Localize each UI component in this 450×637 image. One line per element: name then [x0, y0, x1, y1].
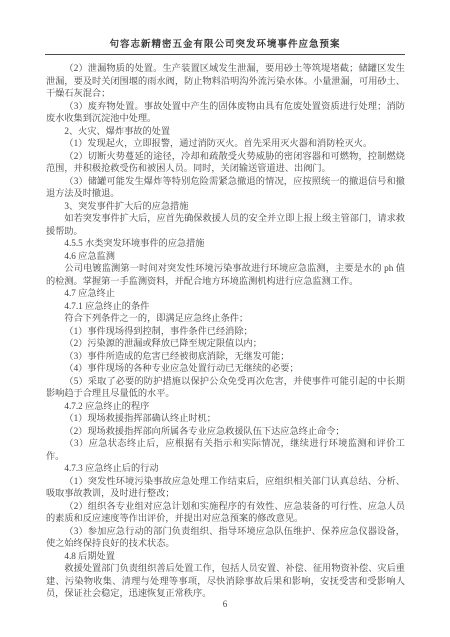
paragraph-termination-cond-3: （3）事件所造成的危害已经被彻底消除，无继发可能；: [46, 350, 405, 363]
section-4-7-3-heading: 4.7.3 应急终止后的行动: [46, 462, 405, 475]
paragraph-procedure-1: （1）现场救援指挥部确认终止时机；: [46, 412, 405, 425]
paragraph-fire-explosion-heading: 2、火灾、爆炸事故的处置: [46, 125, 405, 138]
section-4-8-heading: 4.8 后期处置: [46, 550, 405, 563]
paragraph-termination-cond-4: （4）事件现场的各种专业应急处置行动已无继续的必要；: [46, 362, 405, 375]
paragraph-spill-disposal: （2）泄漏物质的处置。生产装置区域发生泄漏，要用砂土等筑堤堵截；储罐区发生泄漏，…: [46, 62, 405, 100]
paragraph-fire-item-3: （3）储罐可能发生爆炸等特别危险需紧急撤退的情况，应按照统一的撤退信号和撤退方法…: [46, 175, 405, 200]
paragraph-termination-cond-5: （5）采取了必要的防护措施以保护公众免受再次危害，并使事件可能引起的中长期影响趋…: [46, 375, 405, 400]
paragraph-escalation-heading: 3、突发事件扩大后的应急措施: [46, 200, 405, 213]
paragraph-post-action-1: （1）突发性环境污染事故应急处理工作结束后，应组织相关部门认真总结、分析、吸取事…: [46, 475, 405, 500]
paragraph-procedure-2: （2）现场救援指挥部向所属各专业应急救援队伍下达应急终止命令；: [46, 425, 405, 438]
paragraph-monitoring-text: 公司电镀监测第一时间对突发性环境污染事故进行环境应急监测，主要是水的 ph 值的…: [46, 262, 405, 287]
page-number: 6: [0, 599, 450, 609]
paragraph-post-action-3: （3）参加应急行动的部门负责组织、指导环境应急队伍维护、保养应急仪器设备，使之始…: [46, 525, 405, 550]
section-4-7-1-heading: 4.7.1 应急终止的条件: [46, 300, 405, 313]
document-body: （2）泄漏物质的处置。生产装置区域发生泄漏，要用砂土等筑堤堵截；储罐区发生泄漏，…: [46, 62, 405, 600]
paragraph-fire-item-2: （2）切断火势蔓延的途径，冷却和疏散受火势威胁的密闭容器和可燃物，控制燃烧范围，…: [46, 150, 405, 175]
document-header-title: 句容志新精密五金有限公司突发环境事件应急预案: [0, 36, 450, 50]
section-4-7-heading: 4.7 应急终止: [46, 287, 405, 300]
document-page: 句容志新精密五金有限公司突发环境事件应急预案 （2）泄漏物质的处置。生产装置区域…: [0, 0, 450, 637]
paragraph-termination-intro: 符合下列条件之一的，即满足应急终止条件；: [46, 312, 405, 325]
section-4-6-heading: 4.6 应急监测: [46, 250, 405, 263]
section-4-7-2-heading: 4.7.2 应急终止的程序: [46, 400, 405, 413]
paragraph-escalation-text: 如若突发事件扩大后，应首先确保救援人员的安全并立即上报上级主管部门，请求救援帮助…: [46, 212, 405, 237]
paragraph-procedure-3: （3）应急状态终止后，应根据有关指示和实际情况，继续进行环境监测和评价工作。: [46, 437, 405, 462]
paragraph-aftermath-text: 救援处置部门负责组织善后处置工作，包括人员安置、补偿、征用物资补偿、灾后重建、污…: [46, 562, 405, 600]
paragraph-waste-disposal: （3）废弃物处置。事故处置中产生的固体废物由具有危废处置资质进行处理；消防废水收…: [46, 100, 405, 125]
paragraph-termination-cond-2: （2）污染源的泄漏或释放已降至规定限值以内；: [46, 337, 405, 350]
paragraph-post-action-2: （2）组织各专业组对应急计划和实施程序的有效性、应急装备的可行性、应急人员的素质…: [46, 500, 405, 525]
section-4-5-5-heading: 4.5.5 水类突发环境事件的应急措施: [46, 237, 405, 250]
paragraph-fire-item-1: （1）发现起火，立即报警，通过消防灭火。首先采用灭火器和消防栓灭火。: [46, 137, 405, 150]
header-divider: [45, 54, 405, 55]
paragraph-termination-cond-1: （1）事件现场得到控制，事件条件已经消除；: [46, 325, 405, 338]
